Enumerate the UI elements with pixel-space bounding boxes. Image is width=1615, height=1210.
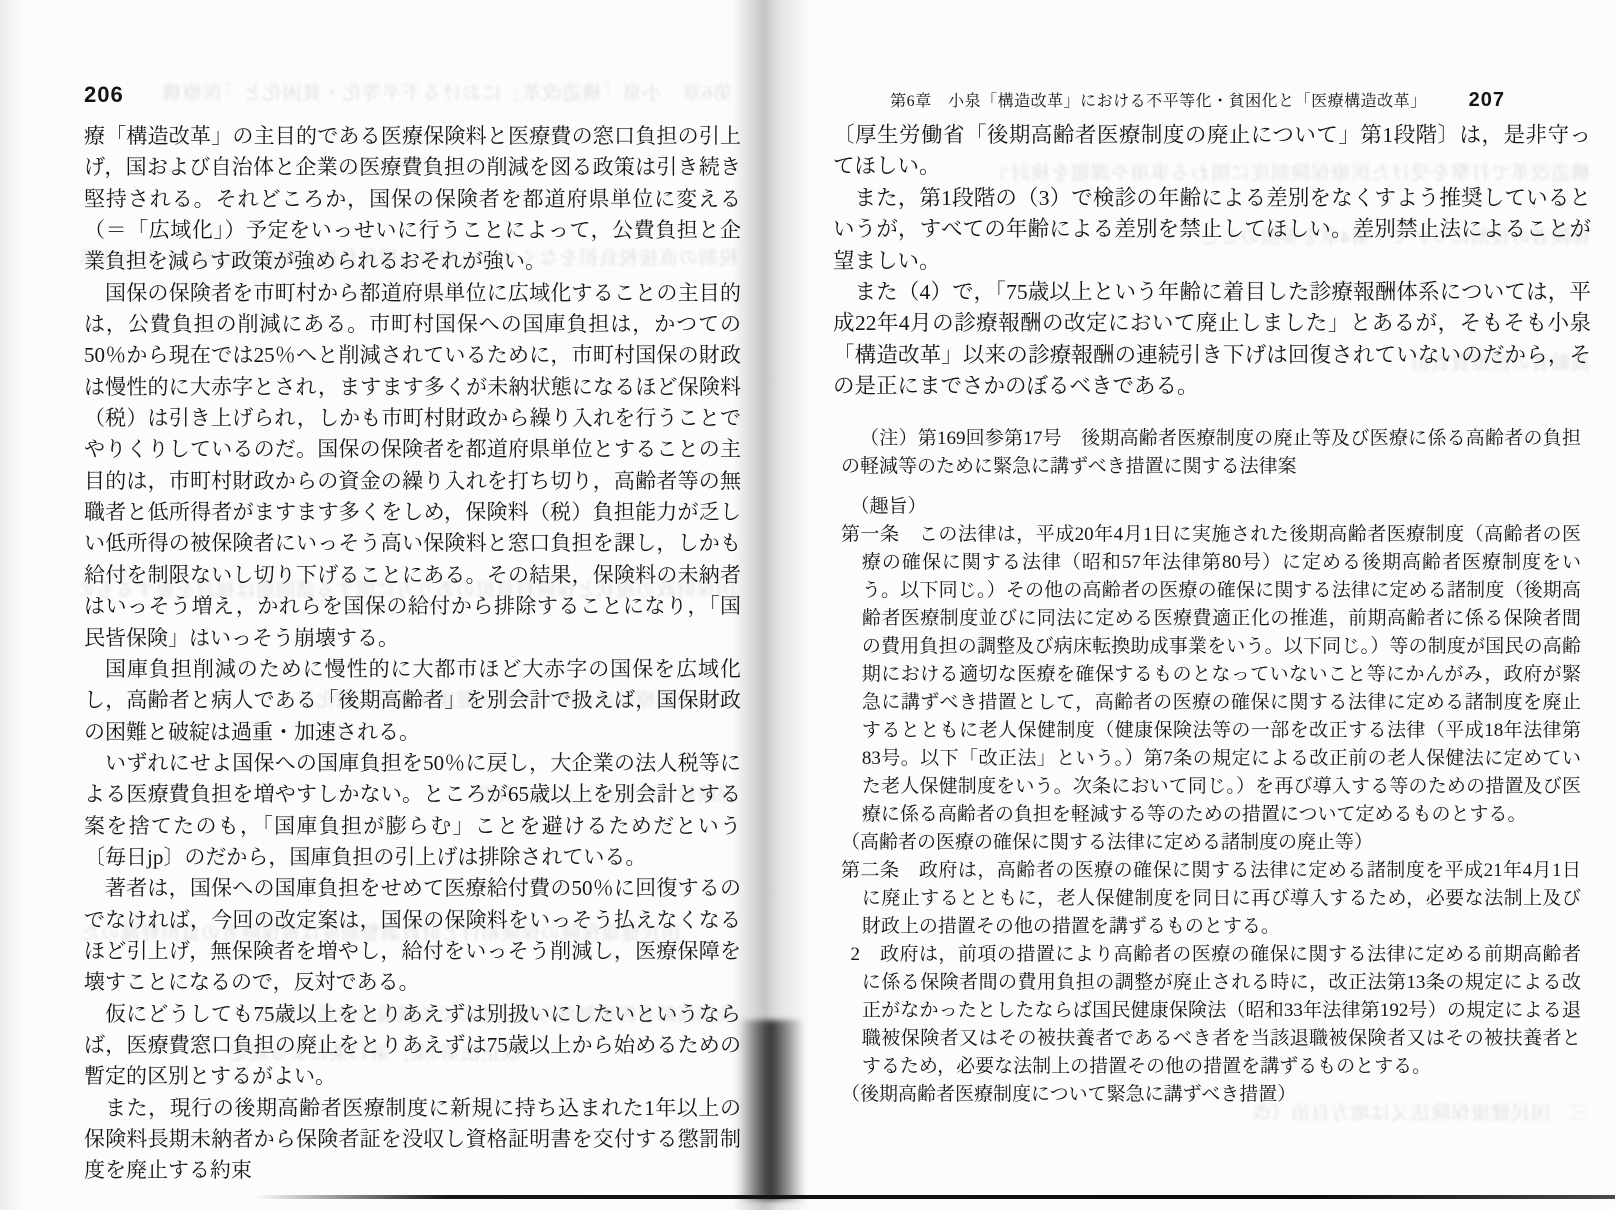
right-page: 第6章 小泉「構造改革」における不平等化・貧困化と「医療構造改革」 207 〔厚…: [833, 0, 1591, 1210]
note-line: （高齢者の医療の確保に関する法律に定める諸制度の廃止等）: [841, 829, 1581, 857]
chapter-header-title: 第6章 小泉「構造改革」における不平等化・貧困化と「医療構造改革」: [890, 88, 1427, 111]
note-line: 第一条 この法律は，平成20年4月1日に実施された後期高齢者医療制度（高齢者の医…: [841, 521, 1581, 829]
book-gutter-shadow-bottom: [738, 1020, 804, 1200]
note-line: 第二条 政府は，高齢者の医療の確保に関する法律に定める諸制度を平成21年4月1日…: [841, 857, 1581, 941]
body-paragraph: また，現行の後期高齢者医療制度に新規に持ち込まれた1年以上の保険料長期未納者から…: [84, 1093, 741, 1187]
note-block: （注）第169回参第17号 後期高齢者医療制度の廃止等及び医療に係る高齢者の負担…: [841, 425, 1581, 1109]
body-paragraph: 仮にどうしても75歳以上をとりあえずは別扱いにしたいというならば，医療費窓口負担…: [84, 999, 741, 1093]
note-line: （後期高齢者医療制度について緊急に講ずべき措置）: [841, 1081, 1581, 1109]
body-paragraph: 国保の保険者を市町村から都道府県単位に広域化することの主目的は，公費負担の削減に…: [84, 278, 741, 654]
body-paragraph: 療「構造改革」の主目的である医療保険料と医療費の窓口負担の引上げ，国および自治体…: [84, 121, 741, 278]
body-paragraph: 国庫負担削減のために慢性的に大都市ほど大赤字の国保を広域化し，高齢者と病人である…: [84, 654, 741, 748]
note-title: （注）第169回参第17号 後期高齢者医療制度の廃止等及び医療に係る高齢者の負担…: [841, 425, 1581, 481]
right-page-body: 〔厚生労働省「後期高齢者医療制度の廃止について」第1段階〕は，是非守ってほしい。…: [833, 120, 1591, 403]
page-number: 207: [1469, 89, 1505, 112]
body-paragraph: 著者は，国保への国庫負担をせめて医療給付費の50％に回復するのでなければ，今回の…: [84, 873, 741, 998]
body-paragraph: また（4）で，「75歳以上という年齢に着目した診療報酬体系については，平成22年…: [833, 277, 1591, 403]
note-line: 2 政府は，前項の措置により高齢者の医療の確保に関する法律に定める前期高齢者に係…: [841, 941, 1581, 1081]
scan-left-edge-shadow: [0, 0, 22, 1210]
body-paragraph: 〔厚生労働省「後期高齢者医療制度の廃止について」第1段階〕は，是非守ってほしい。: [833, 120, 1591, 183]
page-number: 206: [84, 82, 124, 108]
body-paragraph: また，第1段階の（3）で検診の年齢による差別をなくすよう推奨しているというが，す…: [833, 183, 1591, 277]
running-header: 第6章 小泉「構造改革」における不平等化・貧困化と「医療構造改革」 207: [833, 88, 1591, 112]
left-page: 206 療「構造改革」の主目的である医療保険料と医療費の窓口負担の引上げ，国およ…: [84, 0, 741, 1210]
body-paragraph: いずれにせよ国保への国庫負担を50％に戻し，大企業の法人税等による医療費負担を増…: [84, 748, 741, 873]
note-line: （趣旨）: [841, 493, 1581, 521]
left-page-body: 療「構造改革」の主目的である医療保険料と医療費の窓口負担の引上げ，国および自治体…: [84, 121, 741, 1187]
